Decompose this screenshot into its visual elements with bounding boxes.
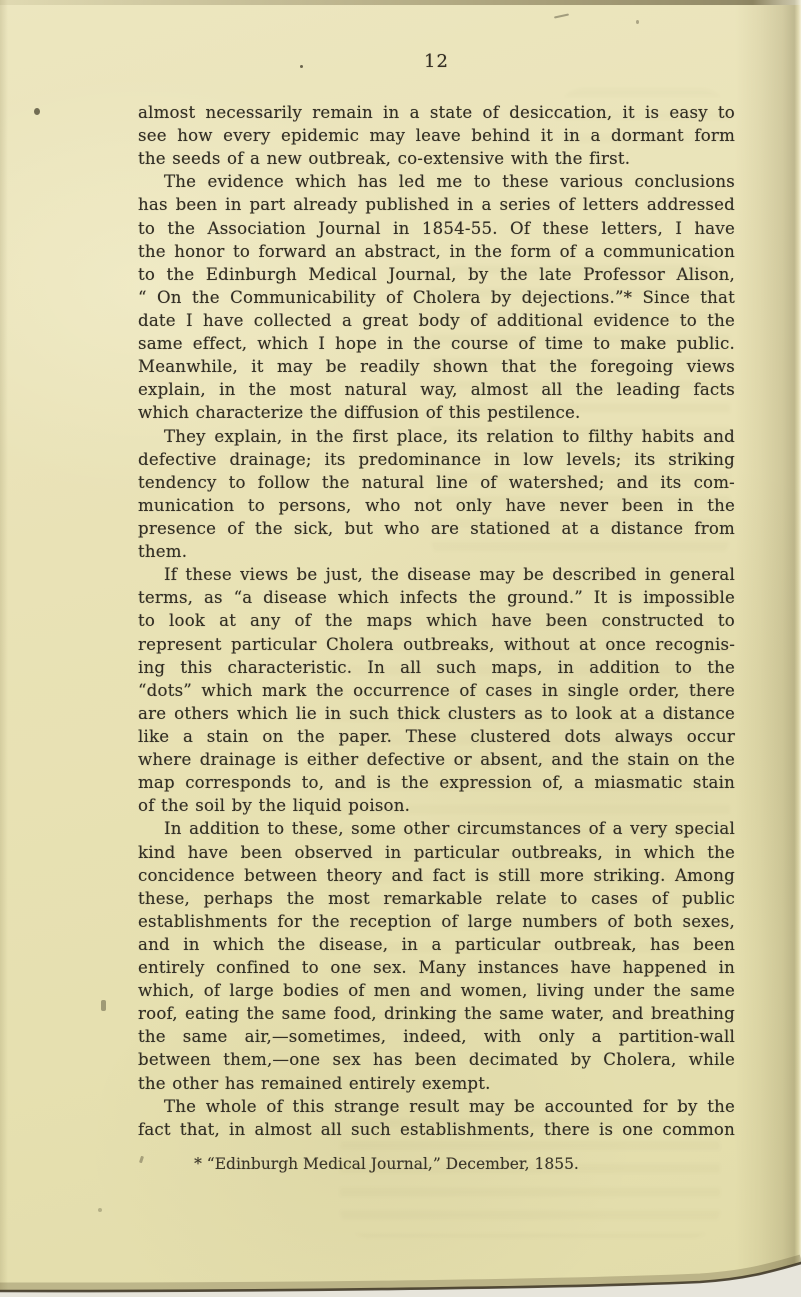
text-line: fact that, in almost all such establishm… xyxy=(138,1118,735,1141)
text-line: terms, as “a disease which infects the g… xyxy=(138,586,735,609)
footnote: * “Edinburgh Medical Journal,” December,… xyxy=(138,1155,635,1173)
page-number: 12 xyxy=(138,51,735,72)
text-line: The evidence which has led me to these v… xyxy=(138,170,735,193)
text-line: where drainage is either defective or ab… xyxy=(138,748,735,771)
text-line: date I have collected a great body of ad… xyxy=(138,309,735,332)
text-line: concidence between theory and fact is st… xyxy=(138,864,735,887)
text-line: has been in part already published in a … xyxy=(138,193,735,216)
ink-speck xyxy=(101,1000,106,1011)
ink-speck xyxy=(34,108,40,115)
text-line: like a stain on the paper. These cluster… xyxy=(138,725,735,748)
text-line: defective drainage; its predominance in … xyxy=(138,448,735,471)
text-line: They explain, in the first place, its re… xyxy=(138,425,735,448)
text-line: entirely confined to one sex. Many insta… xyxy=(138,956,735,979)
text-line: which, of large bodies of men and women,… xyxy=(138,979,735,1002)
text-line: which characterize the diffusion of this… xyxy=(138,401,735,424)
text-line: establishments for the reception of larg… xyxy=(138,910,735,933)
text-line: the honor to forward an abstract, in the… xyxy=(138,240,735,263)
text-line: represent particular Cholera outbreaks, … xyxy=(138,633,735,656)
text-line: them. xyxy=(138,540,735,563)
text-line: the same air,—sometimes, indeed, with on… xyxy=(138,1025,735,1048)
text-line: Meanwhile, it may be readily shown that … xyxy=(138,355,735,378)
text-line: presence of the sick, but who are statio… xyxy=(138,517,735,540)
text-line: ing this characteristic. In all such map… xyxy=(138,656,735,679)
text-line: and in which the disease, in a particula… xyxy=(138,933,735,956)
page-edge-right xyxy=(735,0,801,1297)
text-line: map corresponds to, and is the expressio… xyxy=(138,771,735,794)
page-edge-left xyxy=(0,0,8,1297)
text-line: see how every epidemic may leave behind … xyxy=(138,124,735,147)
text-line: “dots” which mark the occurrence of case… xyxy=(138,679,735,702)
text-line: almost necessarily remain in a state of … xyxy=(138,101,735,124)
text-line: roof, eating the same food, drinking the… xyxy=(138,1002,735,1025)
ink-speck xyxy=(98,1208,102,1212)
page-edge-top xyxy=(0,0,801,5)
page-text: almost necessarily remain in a state of … xyxy=(138,101,735,1141)
text-line: munication to persons, who not only have… xyxy=(138,494,735,517)
text-line: between them,—one sex has been decimated… xyxy=(138,1048,735,1071)
text-line: these, perhaps the most remarkable relat… xyxy=(138,887,735,910)
book-page: 12 almost necessarily remain in a state … xyxy=(0,0,801,1297)
text-line: same effect, which I hope in the course … xyxy=(138,332,735,355)
text-line: In addition to these, some other circums… xyxy=(138,817,735,840)
text-line: to the Association Journal in 1854-55. O… xyxy=(138,217,735,240)
text-line: If these views be just, the disease may … xyxy=(138,563,735,586)
text-line: “ On the Communicability of Cholera by d… xyxy=(138,286,735,309)
text-line: the other has remained entirely exempt. xyxy=(138,1072,735,1095)
text-line: tendency to follow the natural line of w… xyxy=(138,471,735,494)
ink-speck xyxy=(636,20,639,24)
text-line: to the Edinburgh Medical Journal, by the… xyxy=(138,263,735,286)
text-line: are others which lie in such thick clust… xyxy=(138,702,735,725)
text-line: of the soil by the liquid poison. xyxy=(138,794,735,817)
text-line: the seeds of a new outbreak, co-extensiv… xyxy=(138,147,735,170)
scratch-mark xyxy=(554,13,569,18)
text-line: kind have been observed in particular ou… xyxy=(138,841,735,864)
text-line: explain, in the most natural way, almost… xyxy=(138,378,735,401)
text-line: to look at any of the maps which have be… xyxy=(138,609,735,632)
text-line: The whole of this strange result may be … xyxy=(138,1095,735,1118)
